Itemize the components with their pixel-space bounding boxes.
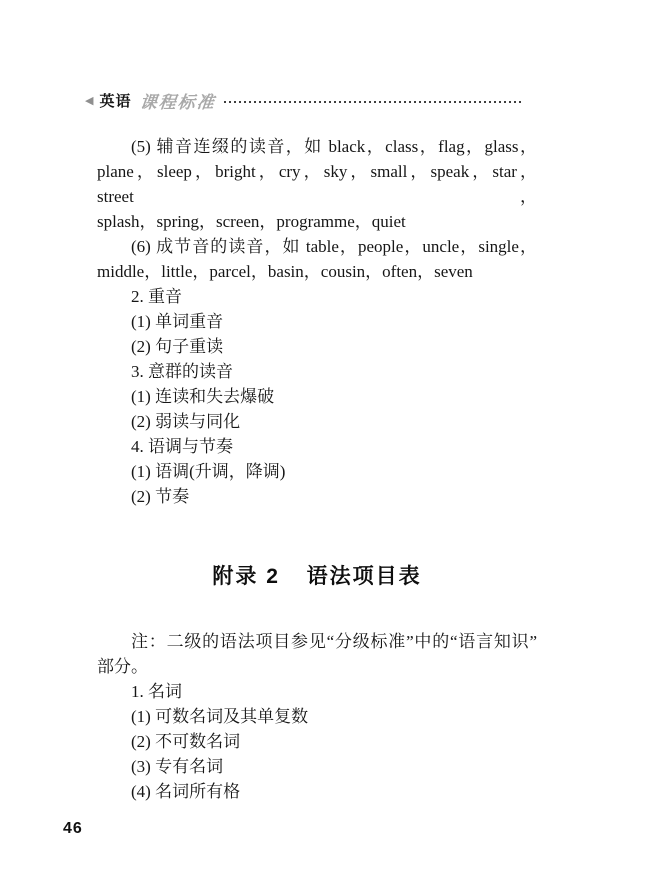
page-body: (5) 辅音连缀的读音，如 black，class，flag，glass， pl…: [97, 134, 537, 804]
running-header: ◀ 英语 课程标准: [85, 88, 521, 113]
list-item: (1) 可数名词及其单复数: [97, 704, 537, 729]
paragraph-6-line: middle，little，parcel，basin，cousin，often，…: [97, 259, 537, 284]
page-number: 46: [63, 820, 83, 838]
paragraph-5-line: splash，spring，screen，programme，quiet: [97, 209, 537, 234]
header-book-title: 英语: [99, 90, 131, 111]
left-triangle-icon: ◀: [85, 95, 93, 106]
paragraph-5-line: plane，sleep，bright，cry，sky，small，speak，s…: [97, 159, 537, 209]
list-item: (2) 不可数名词: [97, 729, 537, 754]
appendix-heading: 附录 2 语法项目表: [97, 562, 537, 592]
list-item: (3) 专有名词: [97, 754, 537, 779]
book-page: ◀ 英语 课程标准 (5) 辅音连缀的读音，如 black，class，flag…: [0, 0, 668, 891]
note-line: 部分。: [97, 654, 537, 679]
list-item: (2) 弱读与同化: [97, 409, 537, 434]
appendix-label: 附录 2: [212, 565, 280, 588]
list-item: 3. 意群的读音: [97, 359, 537, 384]
list-item: (2) 节奏: [97, 484, 537, 509]
list-item: (2) 句子重读: [97, 334, 537, 359]
header-series-title: 课程标准: [139, 88, 218, 113]
list-item: (1) 单词重音: [97, 309, 537, 334]
list-item: (1) 语调(升调，降调): [97, 459, 537, 484]
dotted-leader-line: [224, 101, 521, 103]
note-line: 注：二级的语法项目参见“分级标准”中的“语言知识”: [97, 629, 537, 654]
paragraph-5-line: (5) 辅音连缀的读音，如 black，class，flag，glass，: [97, 134, 537, 159]
list-item: 2. 重音: [97, 284, 537, 309]
paragraph-6-line: (6) 成节音的读音，如 table，people，uncle，single，: [97, 234, 537, 259]
list-item: 1. 名词: [97, 679, 537, 704]
appendix-title: 语法项目表: [307, 565, 422, 588]
list-item: (4) 名词所有格: [97, 779, 537, 804]
list-item: 4. 语调与节奏: [97, 434, 537, 459]
list-item: (1) 连读和失去爆破: [97, 384, 537, 409]
